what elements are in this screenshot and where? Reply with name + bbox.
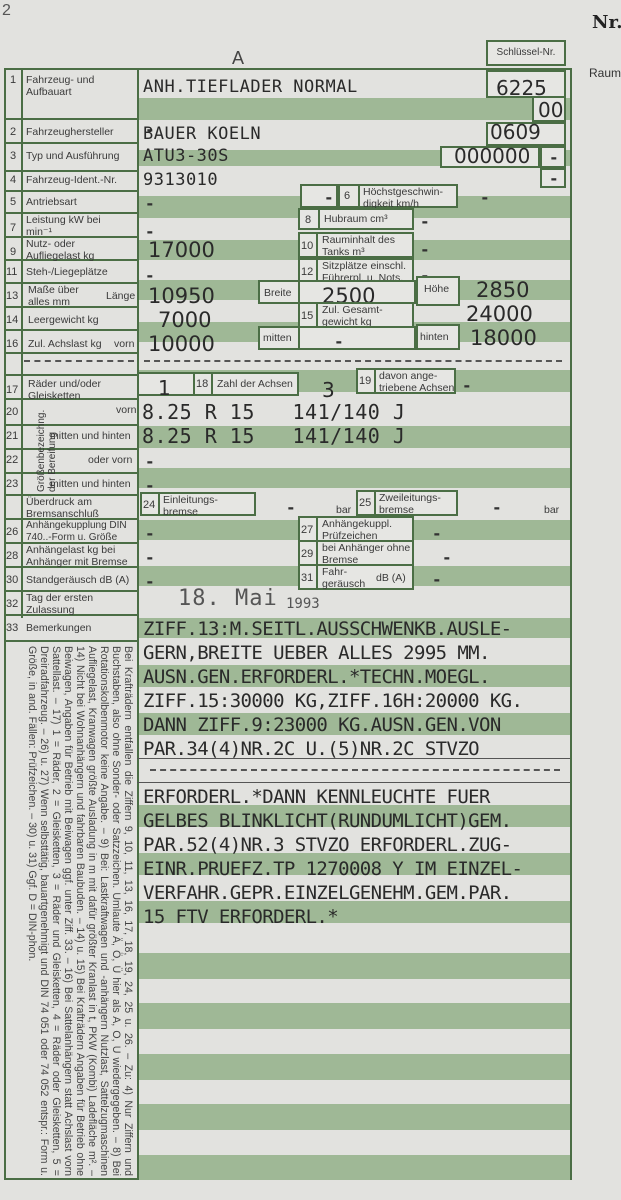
field-24-unit: bar (336, 504, 351, 516)
tyre-group-label: Größenbezeichng. der Bereifung (22, 398, 42, 492)
brake-pressure-label: Überdruck am Bremsanschluß (26, 496, 126, 520)
remark-line: EINR.PRUEFZ.TP 1270008 Y IM EINZEL- (143, 858, 522, 880)
key-number-5: - (540, 146, 566, 168)
field-8-value: - (420, 212, 430, 231)
field-21-number: 21 (6, 430, 18, 442)
field-22-value: - (145, 452, 155, 471)
key-number-3: 0609 (486, 122, 566, 146)
section-letter: A (232, 48, 244, 69)
field-1-number: 1 (10, 74, 16, 86)
field-32-year: 1993 (286, 596, 320, 612)
field-11-value: - (145, 266, 155, 285)
field-2-label: Fahrzeughersteller (26, 126, 114, 138)
field-18-box: 18 Zahl der Achsen (193, 372, 299, 396)
field-16-mitten-box: - (298, 326, 416, 350)
field-32-label: Tag der ersten Zulassung (26, 592, 126, 616)
field-13-breite-label-box: Breite (258, 280, 300, 304)
field-16-hinten-value: 18000 (470, 326, 537, 350)
field-32-value: 18. Mai (178, 586, 278, 611)
field-19-box: 19 davon ange-triebene Achsen (356, 368, 456, 394)
field-31-box: 31 Fahr-geräusch dB (A) (298, 564, 414, 590)
field-13-laenge-value: 10950 (148, 284, 215, 308)
field-21-value: 8.25 R 15 141/140 J (142, 424, 405, 448)
field-9-label: Nutz- oder Aufliegelast kg (26, 238, 116, 262)
field-29-value: - (442, 548, 452, 567)
remark-line: 15 FTV ERFORDERL.* (143, 906, 338, 928)
page-number: 2 (2, 2, 11, 20)
field-9-number: 9 (10, 246, 16, 258)
field-19-value: - (462, 376, 472, 395)
remark-line: PAR.52(4)NR.3 STVZO ERFORDERL.ZUG- (143, 834, 512, 856)
field-6-value: - (480, 188, 490, 207)
field-15-value: 24000 (466, 302, 533, 326)
remark-line: ZIFF.13:M.SEITL.AUSSCHWENKB.AUSLE- (143, 618, 512, 640)
field-2-value: BAUER KOELN (143, 124, 261, 144)
field-33-number: 33 (6, 622, 18, 634)
field-11-number: 11 (6, 266, 17, 278)
field-10-box: 10 Rauminhalt des Tanks m³ (298, 232, 414, 258)
dashed-separator-top-values (144, 360, 562, 362)
field-16-vorn-label: vorn (114, 338, 134, 350)
remark-line: VERFAHR.GEPR.EINZELGENEHM.GEM.PAR. (143, 882, 512, 904)
field-4-number: 4 (10, 174, 16, 186)
raum-label: Raum (589, 66, 621, 80)
legal-note: Bei Krafträdern entfallen die Ziffern 9,… (26, 646, 134, 1176)
remark-line: GERN,BREITE UEBER ALLES 2995 MM. (143, 642, 490, 664)
key-number-header: Schlüssel-Nr. (486, 40, 566, 66)
field-15-box: 15 Zul. Gesamt-gewicht kg (298, 302, 414, 328)
field-28-number: 28 (6, 550, 18, 562)
field-33-label: Bemerkungen (26, 622, 91, 634)
dashed-separator-top (24, 360, 134, 362)
field-13-number: 13 (6, 290, 18, 302)
field-21-label: mitten und hinten (50, 430, 131, 442)
field-20-number: 20 (6, 406, 18, 418)
field-32-number: 32 (6, 598, 18, 610)
field-18-value: 3 (322, 378, 335, 402)
field-4-value: 9313010 (143, 170, 218, 190)
field-22-label: oder vorn (88, 454, 132, 466)
key-number-6: - (540, 168, 566, 188)
key-number-1: 6225 (486, 70, 566, 98)
field-16-hinten-label-box: hinten (416, 324, 460, 350)
field-20-value: 8.25 R 15 141/140 J (142, 400, 405, 424)
field-16-vorn-value: 10000 (148, 332, 215, 356)
field-20-label: vorn (116, 404, 136, 416)
field-23-number: 23 (6, 478, 18, 490)
field-4-label: Fahrzeug-Ident.-Nr. (26, 174, 117, 186)
field-27-value: - (432, 524, 442, 543)
field-29-box: 29 bei Anhänger ohne Bremse (298, 540, 414, 566)
field-3-number: 3 (10, 150, 16, 162)
field-27-box: 27 Anhängekuppl. Prüfzeichen (298, 516, 414, 542)
remark-line: PAR.34(4)NR.2C U.(5)NR.2C STVZO (143, 738, 479, 760)
field-23-label: mitten und hinten (50, 478, 131, 490)
field-26-label: Anhängekupplung DIN 740..-Form u. Größe (26, 520, 138, 544)
key-number-2: 00 (532, 96, 566, 122)
field-8-box: 8 Hubraum cm³ (298, 208, 414, 230)
field-13-hoehe-value: 2850 (476, 278, 529, 302)
field-13-label: Maße über alles mm (28, 284, 90, 308)
field-24-value: - (286, 498, 296, 517)
field-25-unit: bar (544, 504, 559, 516)
field-1-value: ANH.TIEFLADER NORMAL (143, 77, 358, 97)
field-16-number: 16 (6, 338, 18, 350)
field-17-number: 17 (6, 384, 18, 396)
field-13-hoehe-label-box: Höhe (416, 276, 460, 306)
field-24-box: 24 Einleitungs-bremse (140, 492, 256, 516)
remark-line: AUSN.GEN.ERFORDERL.*TECHN.MOEGL. (143, 666, 490, 688)
remark-line: ERFORDERL.*DANN KENNLEUCHTE FUER (143, 786, 490, 808)
field-5-number: 5 (10, 196, 16, 208)
field-3-label: Typ und Ausführung (26, 150, 119, 162)
field-10-value: - (420, 240, 430, 259)
field-6-box: 6 Höchstgeschwin-digkeit km/h (338, 184, 458, 208)
field-5-subbox: - (300, 184, 338, 208)
legal-note-container: Bei Krafträdern entfallen die Ziffern 9,… (4, 642, 137, 1180)
field-11-label: Steh-/Liegeplätze (26, 266, 108, 278)
field-14-number: 14 (6, 314, 18, 326)
field-30-number: 30 (6, 574, 18, 586)
field-25-box: 25 Zweileitungs-bremse (356, 490, 458, 516)
field-7-number: 7 (10, 222, 16, 234)
field-1-label: Fahrzeug- und Aufbauart (26, 74, 116, 98)
field-17-value: 1 (158, 376, 171, 400)
field-7-label: Leistung kW bei min⁻¹ (26, 214, 116, 238)
remark-line: DANN ZIFF.9:23000 KG.AUSN.GEN.VON (143, 714, 501, 736)
field-28-value: - (145, 548, 155, 567)
field-5-label: Antriebsart (26, 196, 77, 208)
field-26-number: 26 (6, 526, 18, 538)
field-13-laenge-label: Länge (106, 290, 135, 302)
field-16-mitten-label-box: mitten (258, 326, 300, 350)
field-28-label: Anhängelast kg bei Anhänger mit Bremse (26, 544, 138, 568)
field-9-value: 17000 (148, 238, 215, 262)
field-22-number: 22 (6, 454, 18, 466)
field-5-value: - (145, 194, 155, 213)
nr-label: Nr. (592, 12, 621, 33)
field-14-label: Leergewicht kg (28, 314, 99, 326)
field-2-number: 2 (10, 126, 16, 138)
field-30-value: - (145, 572, 155, 591)
field-25-value: - (492, 498, 502, 517)
field-31-value: - (432, 570, 442, 589)
remarks-dashed-separator (150, 769, 560, 771)
field-16-label: Zul. Achslast kg (28, 338, 102, 350)
key-number-4: 000000 (440, 146, 540, 168)
field-3-value: ATU3-30S (143, 146, 229, 166)
field-30-label: Standgeräusch dB (A) (26, 574, 129, 586)
field-26-value: - (145, 524, 155, 543)
remark-line: ZIFF.15:30000 KG,ZIFF.16H:20000 KG. (143, 690, 522, 712)
remark-line: GELBES BLINKLICHT(RUNDUMLICHT)GEM. (143, 810, 512, 832)
field-14-value: 7000 (158, 308, 211, 332)
